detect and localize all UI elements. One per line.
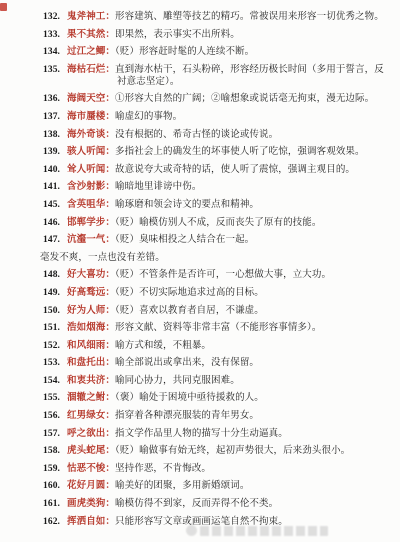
list-item: 160.花好月圆：喻美好的团聚，多用新婚颂词。 — [0, 480, 387, 492]
document-page: 132.鬼斧神工：形容建筑、雕塑等技艺的精巧。常被误用来形容一切优秀之物。133… — [0, 0, 400, 542]
idiom-definition: 即果然，表示事实不出所料。 — [115, 30, 240, 40]
entry-number: 145. — [43, 199, 67, 211]
idiom-name: 海枯石烂： — [67, 65, 115, 75]
entry-number: 139. — [43, 146, 67, 158]
entry-number: 150. — [43, 305, 67, 317]
idiom-definition: 毫发不爽，一点也没有差错。 — [40, 253, 165, 263]
idiom-name: 好高骛远： — [67, 288, 115, 298]
entry-number: 161. — [43, 498, 67, 510]
idiom-name: 好为人师： — [67, 306, 115, 316]
entry-number: 133. — [43, 29, 67, 41]
idiom-name: 和风细雨： — [67, 341, 115, 351]
list-item: 145.含英咀华：喻琢磨和领会诗文的要点和精神。 — [0, 199, 387, 211]
entry-number: 132. — [43, 11, 67, 23]
watermark-logo-icon — [186, 525, 197, 536]
watermark-illegible-text — [200, 526, 328, 536]
idiom-name: 果不其然： — [67, 30, 115, 40]
idiom-name: 好大喜功： — [67, 270, 115, 280]
idiom-definition: （贬）不管条件是否许可，一心想做大事，立大功。 — [115, 270, 331, 280]
idiom-definition: （贬）不切实际地追求过高的目标。 — [115, 288, 264, 298]
list-item: 140.耸人听闻：故意说夸大或奇特的话，使人听了震惊，强调主观目的。 — [0, 164, 387, 176]
entry-number: 136. — [43, 93, 67, 105]
idiom-name: 海阔天空： — [67, 94, 115, 104]
entry-number: 146. — [43, 217, 67, 229]
entry-number: 157. — [43, 428, 67, 440]
idiom-definition: （贬）臭味相投之人结合在一起。 — [115, 235, 254, 245]
idiom-definition: 形容建筑、雕塑等技艺的精巧。常被误用来形容一切优秀之物。 — [115, 12, 384, 22]
list-item: 155.涸辙之鲋：（褒）喻处于困境中亟待援救的人。 — [0, 392, 387, 404]
list-item: 151.浩如烟海：形容文献、资料等非常丰富（不能形容事情多）。 — [0, 322, 387, 334]
idiom-definition: 直到海水枯干，石头粉碎，形容经历极长时间（多用于誓言，反衬意志坚定）。 — [115, 65, 384, 87]
entry-number: 153. — [43, 357, 67, 369]
idiom-definition: 坚持作恶，不肯悔改。 — [115, 464, 211, 474]
idiom-definition: 故意说夸大或奇特的话，使人听了震惊，强调主观目的。 — [115, 165, 355, 175]
idiom-definition: 喻同心协力，共同克服困难。 — [115, 376, 240, 386]
list-item: 132.鬼斧神工：形容建筑、雕塑等技艺的精巧。常被误用来形容一切优秀之物。 — [0, 11, 387, 23]
idiom-definition: 指文学作品里人物的描写十分生动逼真。 — [115, 429, 288, 439]
entry-number: 137. — [43, 111, 67, 123]
idiom-name: 和衷共济： — [67, 376, 115, 386]
entry-number: 154. — [43, 375, 67, 387]
list-item: 149.好高骛远：（贬）不切实际地追求过高的目标。 — [0, 287, 387, 299]
idiom-name: 虎头蛇尾： — [67, 446, 115, 456]
idiom-name: 沆瀣一气： — [67, 235, 115, 245]
list-item: 153.和盘托出：喻全部说出或拿出来，没有保留。 — [0, 357, 387, 369]
list-item: 137.海市蜃楼：喻虚幻的事物。 — [0, 111, 387, 123]
entry-number: 134. — [43, 46, 67, 58]
idiom-definition: 喻美好的团聚，多用新婚颂词。 — [115, 481, 249, 491]
idiom-name: 花好月圆： — [67, 481, 115, 491]
idiom-name: 涸辙之鲋： — [67, 393, 115, 403]
idiom-definition: （贬）喻模仿别人不成，反而丧失了原有的技能。 — [115, 218, 321, 228]
entry-number: 152. — [43, 340, 67, 352]
idiom-definition: （贬）喻做事有始无终，起初声势很大，后来劲头很小。 — [115, 446, 350, 456]
idiom-name: 过江之鲫： — [67, 47, 115, 57]
idiom-list: 132.鬼斧神工：形容建筑、雕塑等技艺的精巧。常被误用来形容一切优秀之物。133… — [0, 11, 400, 533]
idiom-name: 海外奇谈： — [67, 130, 115, 140]
idiom-name: 耸人听闻： — [67, 165, 115, 175]
entry-number: 135. — [43, 64, 67, 76]
idiom-definition: （贬）形容赶时髦的人连续不断。 — [115, 47, 254, 57]
idiom-name: 含英咀华： — [67, 200, 115, 210]
entry-number: 160. — [43, 480, 67, 492]
list-item: 139.骇人听闻：多指社会上的确发生的坏事使人听了吃惊，强调客观效果。 — [0, 146, 387, 158]
idiom-definition: 喻琢磨和领会诗文的要点和精神。 — [115, 200, 259, 210]
idiom-definition: （贬）喜欢以教育者自居，不谦虚。 — [115, 306, 264, 316]
idiom-definition: 喻虚幻的事物。 — [115, 112, 182, 122]
list-item: 158.虎头蛇尾：（贬）喻做事有始无终，起初声势很大，后来劲头很小。 — [0, 445, 387, 457]
idiom-definition: ①形容大自然的广阔；②喻想象或说话毫无拘束，漫无边际。 — [115, 94, 374, 104]
list-item: 141.含沙射影：喻暗地里诽谤中伤。 — [0, 181, 387, 193]
entry-number: 151. — [43, 322, 67, 334]
entry-number: 159. — [43, 463, 67, 475]
entry-number: 141. — [43, 181, 67, 193]
list-item: 146.邯郸学步：（贬）喻模仿别人不成，反而丧失了原有的技能。 — [0, 217, 387, 229]
list-item: 159.怙恶不悛：坚持作恶，不肯悔改。 — [0, 463, 387, 475]
entry-number: 147. — [43, 234, 67, 246]
idiom-definition: 形容文献、资料等非常丰富（不能形容事情多）。 — [115, 323, 321, 333]
list-item: 161.画虎类狗：喻模仿得不到家，反而弄得不伦不类。 — [0, 498, 387, 510]
idiom-name: 鬼斧神工： — [67, 12, 115, 22]
idiom-definition: 喻暗地里诽谤中伤。 — [115, 182, 201, 192]
watermark — [186, 525, 328, 536]
list-item: 154.和衷共济：喻同心协力，共同克服困难。 — [0, 375, 387, 387]
entry-number: 156. — [43, 410, 67, 422]
idiom-name: 浩如烟海： — [67, 323, 115, 333]
idiom-name: 骇人听闻： — [67, 147, 115, 157]
idiom-name: 红男绿女： — [67, 411, 115, 421]
idiom-name: 邯郸学步： — [67, 218, 115, 228]
idiom-definition: 多指社会上的确发生的坏事使人听了吃惊，强调客观效果。 — [115, 147, 365, 157]
list-item: 134.过江之鲫：（贬）形容赶时髦的人连续不断。 — [0, 46, 387, 58]
idiom-name: 海市蜃楼： — [67, 112, 115, 122]
idiom-name: 怙恶不悛： — [67, 464, 115, 474]
idiom-definition: 指穿着各种漂亮服装的青年男女。 — [115, 411, 259, 421]
entry-number: 162. — [43, 516, 67, 528]
list-item: 148.好大喜功：（贬）不管条件是否许可，一心想做大事，立大功。 — [0, 269, 387, 281]
entry-number: 155. — [43, 392, 67, 404]
entry-number: 148. — [43, 269, 67, 281]
entry-number: 140. — [43, 164, 67, 176]
list-item: 147.沆瀣一气：（贬）臭味相投之人结合在一起。 — [0, 234, 387, 246]
idiom-name: 呼之欲出： — [67, 429, 115, 439]
list-item: 138.海外奇谈：没有根据的、希奇古怪的谈论或传说。 — [0, 129, 387, 141]
idiom-definition: （褒）喻处于困境中亟待援救的人。 — [115, 393, 264, 403]
list-item: 152.和风细雨：喻方式和缓，不粗暴。 — [0, 340, 387, 352]
list-item: 157.呼之欲出：指文学作品里人物的描写十分生动逼真。 — [0, 428, 387, 440]
idiom-name: 含沙射影： — [67, 182, 115, 192]
entry-number: 158. — [43, 445, 67, 457]
entry-number: 138. — [43, 129, 67, 141]
idiom-name: 和盘托出： — [67, 358, 115, 368]
red-corner-mark — [0, 3, 7, 11]
list-item: 毫发不爽，一点也没有差错。 — [0, 252, 387, 264]
list-item: 133.果不其然：即果然，表示事实不出所料。 — [0, 29, 387, 41]
idiom-definition: 没有根据的、希奇古怪的谈论或传说。 — [115, 130, 278, 140]
list-item: 150.好为人师：（贬）喜欢以教育者自居，不谦虚。 — [0, 305, 387, 317]
idiom-name: 挥洒自如： — [67, 517, 115, 527]
idiom-name: 画虎类狗： — [67, 499, 115, 509]
list-item: 135.海枯石烂：直到海水枯干，石头粉碎，形容经历极长时间（多用于誓言，反衬意志… — [0, 64, 387, 88]
idiom-definition: 喻模仿得不到家，反而弄得不伦不类。 — [115, 499, 278, 509]
list-item: 156.红男绿女：指穿着各种漂亮服装的青年男女。 — [0, 410, 387, 422]
idiom-definition: 喻全部说出或拿出来，没有保留。 — [115, 358, 259, 368]
list-item: 136.海阔天空：①形容大自然的广阔；②喻想象或说话毫无拘束，漫无边际。 — [0, 93, 387, 105]
entry-number: 149. — [43, 287, 67, 299]
idiom-definition: 喻方式和缓，不粗暴。 — [115, 341, 211, 351]
